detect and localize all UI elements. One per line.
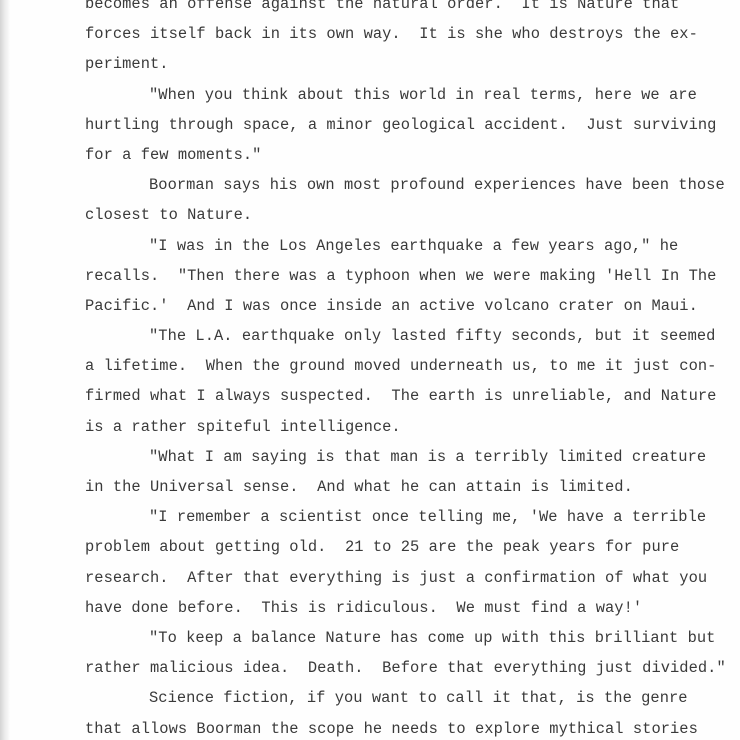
- document-body: becomes an offense against the natural o…: [85, 0, 725, 740]
- paragraph-first-line: Science fiction, if you want to call it …: [85, 683, 725, 713]
- paragraph-first-line: "What I am saying is that man is a terri…: [85, 442, 725, 472]
- text-line: becomes an offense against the natural o…: [85, 0, 725, 19]
- paragraph-first-line: "To keep a balance Nature has come up wi…: [85, 623, 725, 653]
- paragraph-first-line: "The L.A. earthquake only lasted fifty s…: [85, 321, 725, 351]
- text-line: research. After that everything is just …: [85, 563, 725, 593]
- text-line: recalls. "Then there was a typhoon when …: [85, 261, 725, 291]
- text-line: rather malicious idea. Death. Before tha…: [85, 653, 725, 683]
- text-line: problem about getting old. 21 to 25 are …: [85, 532, 725, 562]
- text-line: for a few moments.": [85, 140, 725, 170]
- text-line: closest to Nature.: [85, 200, 725, 230]
- paragraph-first-line: Boorman says his own most profound exper…: [85, 170, 725, 200]
- text-line: forces itself back in its own way. It is…: [85, 19, 725, 49]
- paragraph-first-line: "When you think about this world in real…: [85, 80, 725, 110]
- page-edge-shadow: [0, 0, 10, 740]
- paragraph-first-line: "I remember a scientist once telling me,…: [85, 502, 725, 532]
- text-line: periment.: [85, 49, 725, 79]
- text-line: firmed what I always suspected. The eart…: [85, 381, 725, 411]
- text-line: hurtling through space, a minor geologic…: [85, 110, 725, 140]
- text-line: that allows Boorman the scope he needs t…: [85, 714, 725, 740]
- text-line: have done before. This is ridiculous. We…: [85, 593, 725, 623]
- text-line: Pacific.' And I was once inside an activ…: [85, 291, 725, 321]
- text-line: is a rather spiteful intelligence.: [85, 412, 725, 442]
- paragraph-first-line: "I was in the Los Angeles earthquake a f…: [85, 231, 725, 261]
- text-line: a lifetime. When the ground moved undern…: [85, 351, 725, 381]
- typewritten-page: becomes an offense against the natural o…: [0, 0, 740, 740]
- text-line: in the Universal sense. And what he can …: [85, 472, 725, 502]
